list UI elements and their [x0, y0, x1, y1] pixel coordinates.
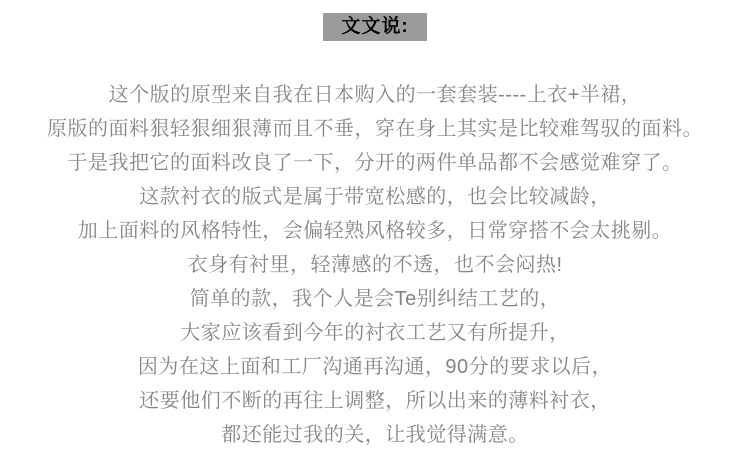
paragraph-line: 这款衬衣的版式是属于带宽松感的，也会比较减龄， — [0, 180, 750, 214]
paragraph-line: 原版的面料狠轻狠细狠薄而且不垂，穿在身上其实是比较难驾驭的面料。 — [0, 112, 750, 146]
product-description-page: 文文说: 这个版的原型来自我在日本购入的一套套装----上衣+半裙， 原版的面料… — [0, 0, 750, 456]
paragraph-line: 大家应该看到今年的衬衣工艺又有所提升， — [0, 316, 750, 350]
description-text-block: 这个版的原型来自我在日本购入的一套套装----上衣+半裙， 原版的面料狠轻狠细狠… — [0, 78, 750, 452]
header-row: 文文说: — [0, 0, 750, 41]
section-title-badge: 文文说: — [323, 13, 426, 41]
paragraph-line: 加上面料的风格特性，会偏轻熟风格较多，日常穿搭不会太挑剔。 — [0, 214, 750, 248]
paragraph-line: 因为在这上面和工厂沟通再沟通，90分的要求以后， — [0, 350, 750, 384]
paragraph-line: 衣身有衬里，轻薄感的不透，也不会闷热! — [0, 248, 750, 282]
paragraph-line: 这个版的原型来自我在日本购入的一套套装----上衣+半裙， — [0, 78, 750, 112]
paragraph-line: 都还能过我的关，让我觉得满意。 — [0, 418, 750, 452]
paragraph-line: 还要他们不断的再往上调整，所以出来的薄料衬衣， — [0, 384, 750, 418]
paragraph-line: 于是我把它的面料改良了一下，分开的两件单品都不会感觉难穿了。 — [0, 146, 750, 180]
paragraph-line: 简单的款，我个人是会Te别纠结工艺的， — [0, 282, 750, 316]
